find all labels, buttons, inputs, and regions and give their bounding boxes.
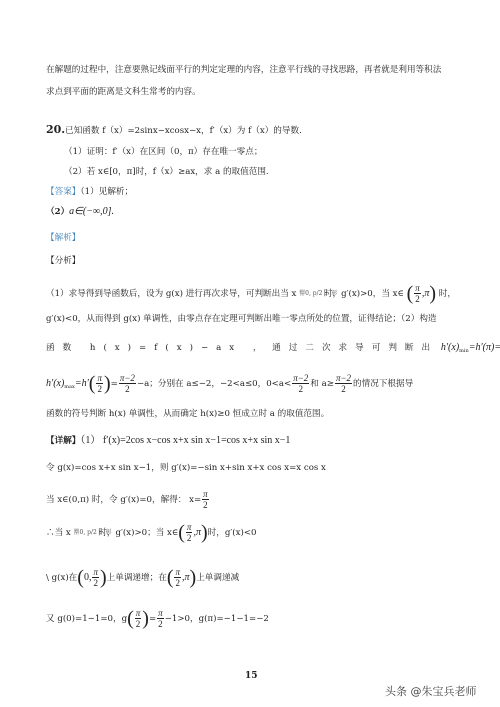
detail-line-1: 【详解】（1） f′(x)=2cos x−cos x+x sin x−1=cos… bbox=[46, 435, 290, 447]
fenxi-line-3: 函数 h(x)=f(x)−ax ， 通过二次求导可判断出 h′(x)min=h′… bbox=[46, 342, 500, 357]
answer-tag: 【答案】 bbox=[46, 187, 80, 197]
intro-line-2: 求点到平面的距离是文科生常考的内容。 bbox=[46, 86, 201, 98]
fenxi-line-1: （1）求导得到导函数后，设为 g(x) 进行再次求导，可判断出当 x 罂0, p… bbox=[46, 283, 456, 304]
fenxi-text: 时， bbox=[439, 289, 456, 299]
fenxi-tag: 【分析】 bbox=[46, 255, 80, 267]
detail-line-3: 当 x∈(0,π) 时，令 g′(x)=0，解得： x=π2 bbox=[46, 489, 210, 510]
answer-part-2-label: （2） bbox=[46, 207, 69, 217]
fraction: π2 bbox=[135, 608, 142, 629]
detail-line-2: 令 g(x)=cos x+x sin x−1，则 g′(x)=−sin x+si… bbox=[46, 462, 326, 474]
problem-number: 20. bbox=[46, 123, 65, 136]
fraction: π−22 bbox=[119, 373, 136, 394]
fraction: π−22 bbox=[335, 373, 352, 394]
problem-stem: 20.已知函数 f（x）=2sinx−xcosx−x，f′（x）为 f（x）的导… bbox=[46, 124, 302, 137]
problem-stem-text: 已知函数 f（x）=2sinx−xcosx−x，f′（x）为 f（x）的导数. bbox=[65, 126, 302, 136]
fraction: π−22 bbox=[292, 373, 309, 394]
garbled-interval: 罂0, p/2 ÷ 彰 bbox=[74, 530, 96, 536]
answer-part-1: （1）见解析； bbox=[80, 187, 133, 197]
detail-tag: 【详解】 bbox=[46, 436, 80, 446]
fraction: π2 bbox=[157, 608, 164, 629]
watermark: 头条 @朱宝兵老师 bbox=[385, 683, 477, 699]
answer-line-2: （2）a∈(−∞,0]. bbox=[46, 206, 114, 218]
detail-line-4: ∴当 x 罂0, p/2 ÷ 彰 时，g′(x)>0；当 x∈(π2,π)时，g… bbox=[46, 522, 257, 543]
fenxi-text: 时，g′(x)>0，当 x∈ bbox=[324, 289, 404, 299]
fraction: π2 bbox=[186, 522, 193, 543]
fenxi-line-5: 函数的符号判断 h(x) 单调性，从而确定 h(x)≥0 恒成立时 a 的取值范… bbox=[46, 408, 329, 420]
problem-part-1: （1）证明：f′（x）在区间（0，π）存在唯一零点； bbox=[64, 146, 262, 158]
detail-line-5: \ g(x)在(0,π2)上单调递增；在(π2,π)上单调递减 bbox=[46, 567, 239, 588]
fenxi-line-4: h′(x)max=h′(π2)=π−22−a；分别在 a≤−2，−2<a≤0，0… bbox=[46, 373, 413, 394]
garbled-interval: 罂0, p/2 ÷ 彰 bbox=[299, 291, 321, 297]
fraction: π2 bbox=[96, 373, 103, 394]
problem-part-2: （2）若 x∈[0，π]时，f（x）≥ax，求 a 的取值范围. bbox=[64, 166, 269, 178]
intro-line-1: 在解题的过程中，注意要熟记线面平行的判定定理的内容，注意平行线的寻找思路，再者就… bbox=[46, 64, 441, 76]
page-number: 15 bbox=[245, 671, 258, 681]
answer-line-1: 【答案】（1）见解析； bbox=[46, 186, 133, 198]
analysis-tag: 【解析】 bbox=[46, 232, 80, 244]
detail-line-6: 又 g(0)=1−1=0，g(π2)=π2−1>0，g(π)=−1−1=−2 bbox=[46, 608, 269, 629]
paren-close: ) bbox=[429, 283, 436, 305]
fenxi-line-2: g′(x)<0，从而得到 g(x) 单调性，由零点存在定理可判断出唯一零点所处的… bbox=[46, 313, 437, 325]
paren-open: ( bbox=[407, 283, 414, 305]
fraction: π2 bbox=[174, 567, 181, 588]
fraction: π2 bbox=[202, 489, 209, 510]
fenxi-text: （1）求导得到导函数后，设为 g(x) 进行再次求导，可判断出当 x bbox=[46, 289, 296, 299]
answer-part-2-value: a∈(−∞,0]. bbox=[69, 206, 114, 217]
fraction: π2 bbox=[414, 283, 421, 304]
fraction: π2 bbox=[92, 567, 99, 588]
